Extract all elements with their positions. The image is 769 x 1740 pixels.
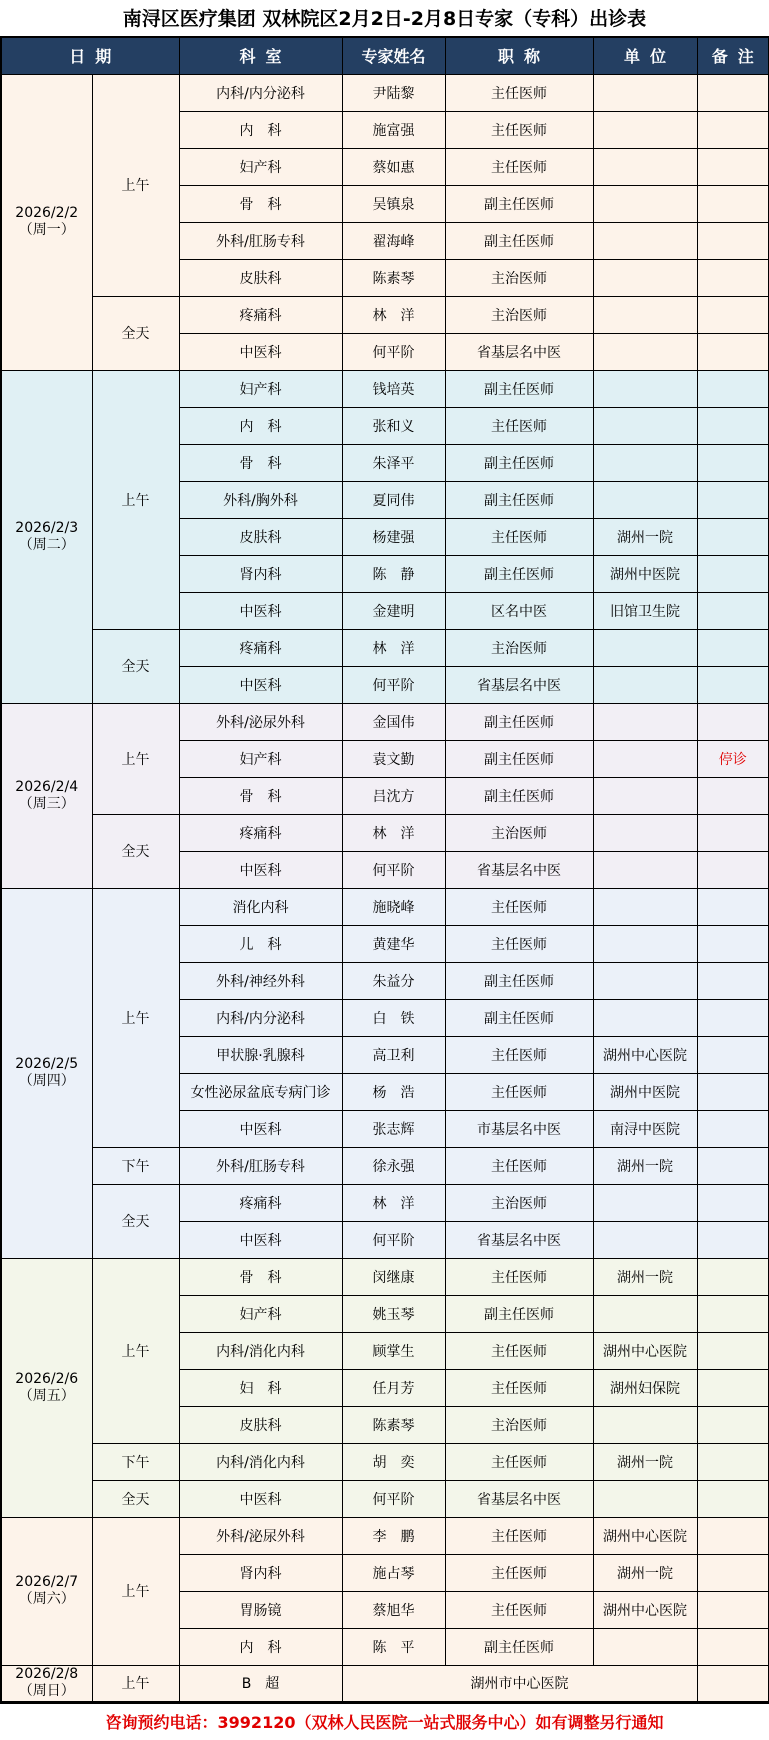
title-cell: 主任医师 [445,74,593,111]
expert-name-cell: 施晓峰 [342,888,445,925]
expert-name-cell: 陈素琴 [342,1406,445,1443]
expert-name-cell: 钱培英 [342,370,445,407]
title-cell: 主任医师 [445,1036,593,1073]
expert-name-cell: 林 洋 [342,296,445,333]
title-cell: 副主任医师 [445,962,593,999]
title-cell: 主任医师 [445,1591,593,1628]
period-cell: 上午 [92,888,179,1147]
department-cell: 外科/泌尿外科 [179,703,342,740]
unit-cell [593,962,697,999]
unit-cell [593,444,697,481]
expert-name-cell: 施占琴 [342,1554,445,1591]
period-cell: 上午 [92,370,179,629]
department-cell: 骨 科 [179,185,342,222]
expert-name-cell: 张和义 [342,407,445,444]
department-cell: 中医科 [179,1480,342,1517]
weekday-value: （周四） [2,1073,92,1090]
title-cell: 主任医师 [445,1147,593,1184]
note-cell [697,1110,769,1147]
department-cell: 外科/胸外科 [179,481,342,518]
note-cell [697,999,769,1036]
department-cell: 内科/内分泌科 [179,999,342,1036]
department-cell: 中医科 [179,333,342,370]
header-title: 职称 [445,37,593,74]
date-value: 2026/2/7 [2,1574,92,1591]
department-cell: 内科/内分泌科 [179,74,342,111]
title-cell: 省基层名中医 [445,333,593,370]
expert-name-cell: 吴镇泉 [342,185,445,222]
title-cell: 主任医师 [445,1554,593,1591]
title-cell: 主任医师 [445,1332,593,1369]
note-cell [697,407,769,444]
note-cell [697,1184,769,1221]
period-cell: 下午 [92,1147,179,1184]
unit-cell: 湖州一院 [593,1258,697,1295]
date-value: 2026/2/8 [2,1666,92,1683]
title-cell: 副主任医师 [445,444,593,481]
unit-cell [593,1295,697,1332]
note-cell [697,296,769,333]
table-row: 下午内科/消化内科胡 奕主任医师湖州一院 [1,1443,769,1480]
unit-cell [593,296,697,333]
header-note: 备注 [697,37,769,74]
unit-cell: 湖州一院 [593,1147,697,1184]
expert-name-cell: 朱益分 [342,962,445,999]
unit-cell [593,740,697,777]
department-cell: 内 科 [179,407,342,444]
note-cell [697,1480,769,1517]
table-row: 全天疼痛科林 洋主治医师 [1,629,769,666]
department-cell: 外科/神经外科 [179,962,342,999]
table-row: 2026/2/8（周日）上午B 超湖州市中心医院 [1,1665,769,1702]
unit-cell [593,74,697,111]
title-cell: 主治医师 [445,1184,593,1221]
title-cell: 副主任医师 [445,740,593,777]
note-cell [697,851,769,888]
department-cell: 内科/消化内科 [179,1443,342,1480]
department-cell: 皮肤科 [179,259,342,296]
header-department: 科室 [179,37,342,74]
note-cell [697,1517,769,1554]
title-cell: 主任医师 [445,925,593,962]
title-cell: 副主任医师 [445,999,593,1036]
header-expert: 专家姓名 [342,37,445,74]
note-cell [697,481,769,518]
expert-name-cell: 翟海峰 [342,222,445,259]
period-cell: 下午 [92,1443,179,1480]
period-cell: 上午 [92,74,179,296]
table-row: 下午外科/肛肠专科徐永强主任医师湖州一院 [1,1147,769,1184]
unit-cell [593,111,697,148]
period-cell: 上午 [92,1258,179,1443]
note-cell [697,333,769,370]
unit-cell: 旧馆卫生院 [593,592,697,629]
date-cell: 2026/2/8（周日） [1,1665,92,1702]
unit-cell: 湖州一院 [593,1554,697,1591]
period-cell: 上午 [92,1517,179,1665]
expert-name-cell: 夏同伟 [342,481,445,518]
note-cell [697,148,769,185]
expert-name-cell: 袁文勤 [342,740,445,777]
title-cell: 主治医师 [445,1406,593,1443]
title-cell: 主任医师 [445,407,593,444]
note-cell [697,111,769,148]
expert-name-cell: 胡 奕 [342,1443,445,1480]
expert-name-cell: 何平阶 [342,666,445,703]
title-cell: 市基层名中医 [445,1110,593,1147]
title-cell: 主任医师 [445,1517,593,1554]
title-cell: 副主任医师 [445,703,593,740]
title-cell: 主治医师 [445,296,593,333]
expert-name-cell: 任月芳 [342,1369,445,1406]
date-cell: 2026/2/4（周三） [1,703,92,888]
title-cell: 主任医师 [445,148,593,185]
unit-cell [593,185,697,222]
expert-name-cell: 何平阶 [342,1221,445,1258]
department-cell: 疼痛科 [179,296,342,333]
note-cell [697,1258,769,1295]
unit-cell: 湖州中心医院 [593,1036,697,1073]
department-cell: 中医科 [179,592,342,629]
unit-cell [593,629,697,666]
expert-name-cell: 李 鹏 [342,1517,445,1554]
expert-name-cell: 何平阶 [342,851,445,888]
unit-cell: 湖州妇保院 [593,1369,697,1406]
date-value: 2026/2/3 [2,520,92,537]
title-cell: 副主任医师 [445,555,593,592]
expert-name-cell: 陈 平 [342,1628,445,1665]
unit-cell [593,777,697,814]
expert-name-cell: 黄建华 [342,925,445,962]
weekday-value: （周五） [2,1388,92,1405]
unit-cell: 湖州中医院 [593,555,697,592]
expert-name-cell: 施富强 [342,111,445,148]
title-cell: 省基层名中医 [445,851,593,888]
department-cell: 疼痛科 [179,814,342,851]
header-unit: 单位 [593,37,697,74]
unit-cell [593,148,697,185]
table-row: 2026/2/7（周六）上午外科/泌尿外科李 鹏主任医师湖州中心医院 [1,1517,769,1554]
note-cell [697,185,769,222]
table-row: 2026/2/5（周四）上午消化内科施晓峰主任医师 [1,888,769,925]
contact-footer: 咨询预约电话：3992120（双林人民医院一站式服务中心）如有调整另行通知 [0,1703,769,1740]
unit-cell [593,1184,697,1221]
title-cell: 副主任医师 [445,481,593,518]
department-cell: 儿 科 [179,925,342,962]
title-cell: 副主任医师 [445,1628,593,1665]
note-cell [697,814,769,851]
note-cell: 停诊 [697,740,769,777]
weekday-value: （周日） [2,1683,92,1700]
department-cell: 消化内科 [179,888,342,925]
merged-unit-cell: 湖州市中心医院 [342,1665,697,1702]
note-cell [697,888,769,925]
department-cell: 骨 科 [179,1258,342,1295]
department-cell: 肾内科 [179,555,342,592]
title-cell: 副主任医师 [445,777,593,814]
weekday-value: （周三） [2,796,92,813]
department-cell: 内 科 [179,1628,342,1665]
title-cell: 主治医师 [445,629,593,666]
weekday-value: （周二） [2,537,92,554]
title-cell: 主任医师 [445,111,593,148]
unit-cell [593,259,697,296]
department-cell: 骨 科 [179,777,342,814]
department-cell: 肾内科 [179,1554,342,1591]
date-value: 2026/2/6 [2,1371,92,1388]
department-cell: 疼痛科 [179,629,342,666]
title-cell: 主任医师 [445,1073,593,1110]
title-cell: 主治医师 [445,814,593,851]
date-cell: 2026/2/3（周二） [1,370,92,703]
note-cell [697,1369,769,1406]
expert-name-cell: 林 洋 [342,1184,445,1221]
department-cell: 外科/肛肠专科 [179,222,342,259]
title-cell: 主任医师 [445,888,593,925]
department-cell: 妇产科 [179,740,342,777]
expert-name-cell: 吕沈方 [342,777,445,814]
unit-cell [593,1406,697,1443]
table-row: 2026/2/3（周二）上午妇产科钱培英副主任医师 [1,370,769,407]
expert-name-cell: 蔡旭华 [342,1591,445,1628]
note-cell [697,925,769,962]
department-cell: 妇 科 [179,1369,342,1406]
title-cell: 省基层名中医 [445,666,593,703]
expert-name-cell: 林 洋 [342,629,445,666]
expert-name-cell: 杨 浩 [342,1073,445,1110]
department-cell: 妇产科 [179,370,342,407]
title-cell: 省基层名中医 [445,1480,593,1517]
unit-cell [593,925,697,962]
note-cell [697,666,769,703]
table-row: 全天疼痛科林 洋主治医师 [1,296,769,333]
title-cell: 主任医师 [445,518,593,555]
department-cell: 外科/泌尿外科 [179,1517,342,1554]
note-cell [697,259,769,296]
expert-name-cell: 杨建强 [342,518,445,555]
unit-cell [593,814,697,851]
schedule-table: 日期 科室 专家姓名 职称 单位 备注 2026/2/2（周一）上午内科/内分泌… [0,36,769,1703]
note-cell [697,777,769,814]
expert-name-cell: 闵继康 [342,1258,445,1295]
expert-name-cell: 林 洋 [342,814,445,851]
note-cell [697,592,769,629]
unit-cell [593,999,697,1036]
unit-cell [593,407,697,444]
expert-name-cell: 白 铁 [342,999,445,1036]
unit-cell [593,703,697,740]
expert-name-cell: 金国伟 [342,703,445,740]
table-row: 全天中医科何平阶省基层名中医 [1,1480,769,1517]
title-cell: 主治医师 [445,259,593,296]
weekday-value: （周一） [2,222,92,239]
department-cell: 内科/消化内科 [179,1332,342,1369]
date-value: 2026/2/2 [2,205,92,222]
expert-name-cell: 高卫利 [342,1036,445,1073]
note-cell [697,1295,769,1332]
department-cell: B 超 [179,1665,342,1702]
header-date: 日期 [1,37,179,74]
department-cell: 外科/肛肠专科 [179,1147,342,1184]
note-cell [697,1221,769,1258]
note-cell [697,370,769,407]
unit-cell [593,222,697,259]
title-cell: 省基层名中医 [445,1221,593,1258]
note-cell [697,1628,769,1665]
department-cell: 皮肤科 [179,1406,342,1443]
table-header-row: 日期 科室 专家姓名 职称 单位 备注 [1,37,769,74]
department-cell: 妇产科 [179,1295,342,1332]
period-cell: 全天 [92,814,179,888]
note-cell [697,1147,769,1184]
note-cell [697,703,769,740]
unit-cell [593,666,697,703]
unit-cell: 湖州中心医院 [593,1517,697,1554]
note-cell [697,518,769,555]
note-cell [697,444,769,481]
department-cell: 妇产科 [179,148,342,185]
date-cell: 2026/2/7（周六） [1,1517,92,1665]
title-cell: 副主任医师 [445,370,593,407]
weekday-value: （周六） [2,1591,92,1608]
expert-name-cell: 陈素琴 [342,259,445,296]
note-cell [697,1665,769,1702]
unit-cell [593,851,697,888]
expert-name-cell: 何平阶 [342,1480,445,1517]
note-cell [697,74,769,111]
department-cell: 骨 科 [179,444,342,481]
department-cell: 中医科 [179,851,342,888]
unit-cell [593,481,697,518]
title-cell: 主任医师 [445,1369,593,1406]
title-cell: 区名中医 [445,592,593,629]
expert-name-cell: 张志辉 [342,1110,445,1147]
note-cell [697,1073,769,1110]
date-cell: 2026/2/5（周四） [1,888,92,1258]
date-value: 2026/2/5 [2,1056,92,1073]
note-cell [697,1036,769,1073]
expert-name-cell: 尹陆黎 [342,74,445,111]
title-cell: 副主任医师 [445,222,593,259]
date-cell: 2026/2/6（周五） [1,1258,92,1517]
expert-name-cell: 顾掌生 [342,1332,445,1369]
note-cell [697,1332,769,1369]
expert-name-cell: 何平阶 [342,333,445,370]
expert-name-cell: 金建明 [342,592,445,629]
table-row: 2026/2/4（周三）上午外科/泌尿外科金国伟副主任医师 [1,703,769,740]
unit-cell [593,370,697,407]
expert-name-cell: 姚玉琴 [342,1295,445,1332]
note-cell [697,1406,769,1443]
department-cell: 皮肤科 [179,518,342,555]
unit-cell [593,1628,697,1665]
period-cell: 上午 [92,703,179,814]
page-title: 南浔区医疗集团 双林院区2月2日-2月8日专家（专科）出诊表 [0,0,769,36]
period-cell: 全天 [92,1184,179,1258]
unit-cell [593,888,697,925]
department-cell: 甲状腺·乳腺科 [179,1036,342,1073]
note-cell [697,1591,769,1628]
unit-cell: 湖州中心医院 [593,1591,697,1628]
period-cell: 全天 [92,296,179,370]
table-row: 全天疼痛科林 洋主治医师 [1,814,769,851]
expert-name-cell: 陈 静 [342,555,445,592]
date-value: 2026/2/4 [2,779,92,796]
unit-cell: 湖州一院 [593,1443,697,1480]
title-cell: 副主任医师 [445,1295,593,1332]
period-cell: 上午 [92,1665,179,1702]
title-cell: 副主任医师 [445,185,593,222]
unit-cell [593,1480,697,1517]
note-cell [697,555,769,592]
table-row: 全天疼痛科林 洋主治医师 [1,1184,769,1221]
expert-name-cell: 徐永强 [342,1147,445,1184]
note-cell [697,1443,769,1480]
note-cell [697,1554,769,1591]
note-cell [697,629,769,666]
table-row: 2026/2/2（周一）上午内科/内分泌科尹陆黎主任医师 [1,74,769,111]
date-cell: 2026/2/2（周一） [1,74,92,370]
schedule-body: 2026/2/2（周一）上午内科/内分泌科尹陆黎主任医师内 科施富强主任医师妇产… [1,74,769,1702]
department-cell: 中医科 [179,1221,342,1258]
table-row: 2026/2/6（周五）上午骨 科闵继康主任医师湖州一院 [1,1258,769,1295]
department-cell: 中医科 [179,666,342,703]
title-cell: 主任医师 [445,1258,593,1295]
note-cell [697,962,769,999]
note-cell [697,222,769,259]
department-cell: 内 科 [179,111,342,148]
unit-cell [593,333,697,370]
department-cell: 中医科 [179,1110,342,1147]
department-cell: 疼痛科 [179,1184,342,1221]
unit-cell: 南浔中医院 [593,1110,697,1147]
period-cell: 全天 [92,1480,179,1517]
unit-cell: 湖州中心医院 [593,1332,697,1369]
department-cell: 胃肠镜 [179,1591,342,1628]
title-cell: 主任医师 [445,1443,593,1480]
unit-cell [593,1221,697,1258]
unit-cell: 湖州一院 [593,518,697,555]
unit-cell: 湖州中医院 [593,1073,697,1110]
expert-name-cell: 朱泽平 [342,444,445,481]
expert-name-cell: 蔡如惠 [342,148,445,185]
department-cell: 女性泌尿盆底专病门诊 [179,1073,342,1110]
period-cell: 全天 [92,629,179,703]
